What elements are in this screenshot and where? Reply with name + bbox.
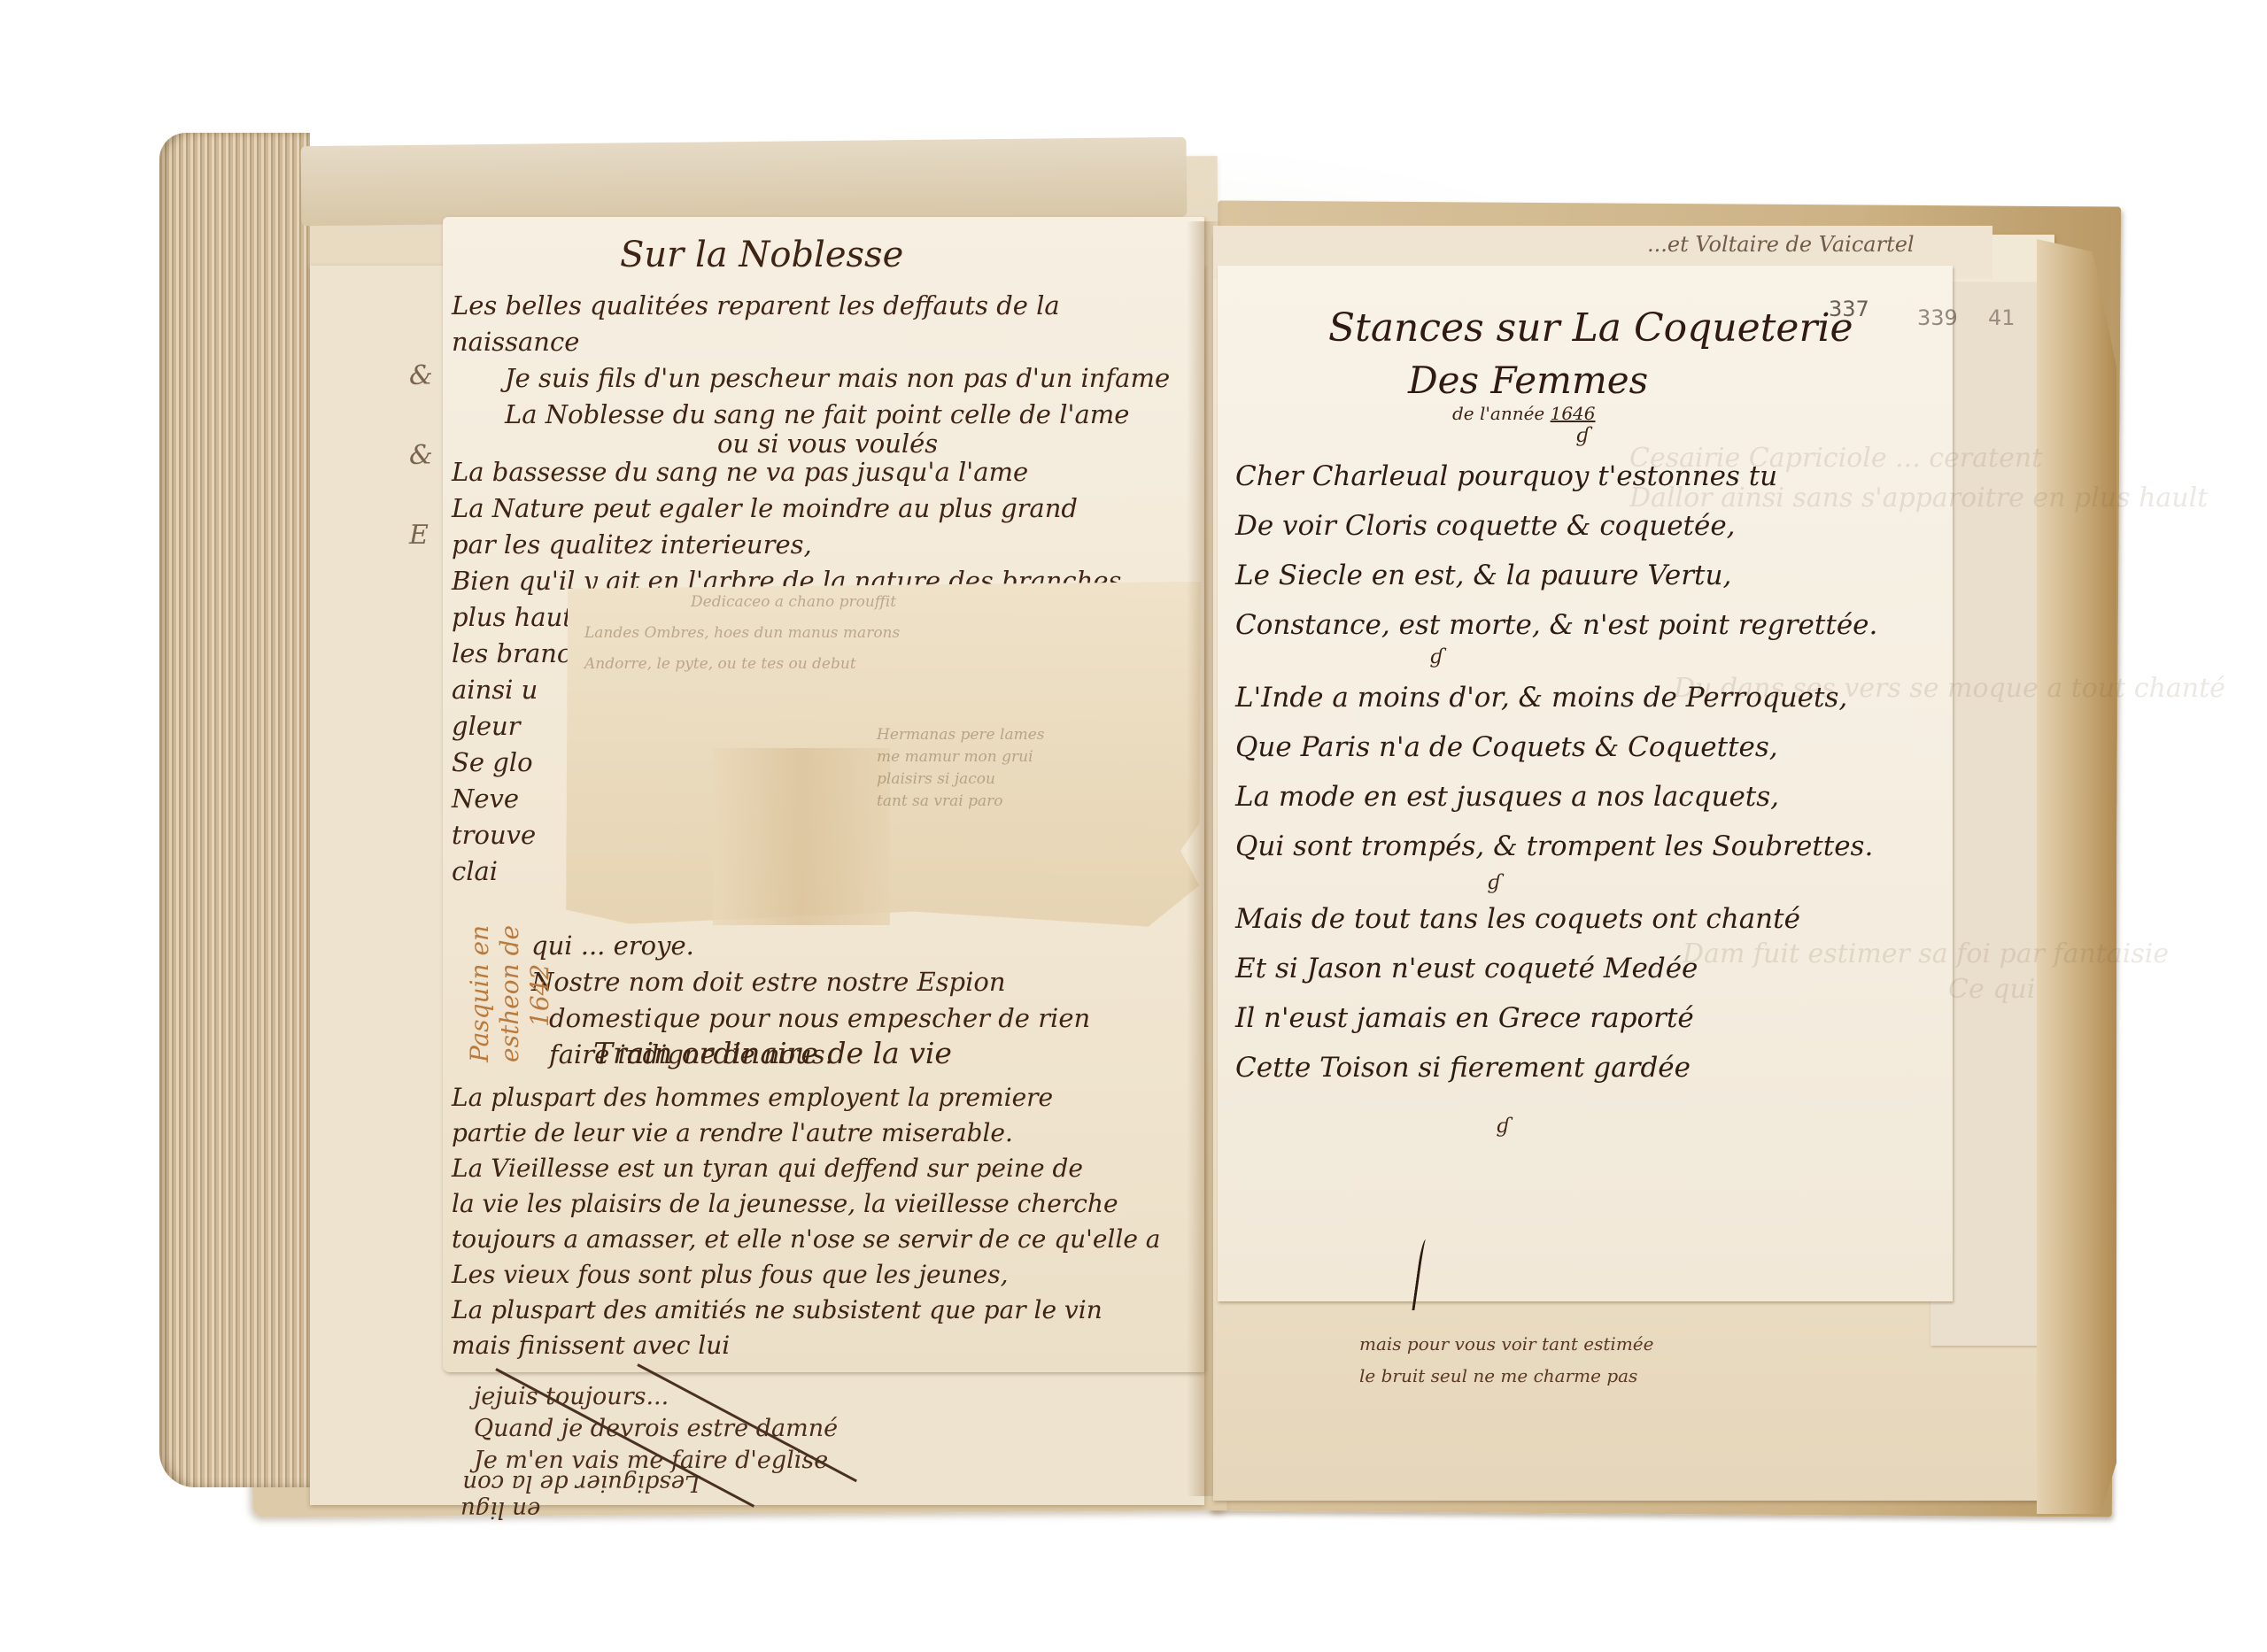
book-fore-edge bbox=[159, 133, 310, 1487]
show-through-text: Ce qui bbox=[1948, 974, 2035, 1005]
text-line: Lesdiguier de la con bbox=[460, 1470, 700, 1496]
verse-line: Le Siecle en est, & la pauure Vertu, bbox=[1235, 551, 1908, 600]
left-page-subtitle: Train ordinaire de la vie bbox=[593, 1036, 952, 1070]
underlying-sheet-note: mais pour vous voir tant estimée le brui… bbox=[1359, 1328, 1653, 1392]
text-line: mais finissent avec lui bbox=[452, 1328, 1187, 1363]
stanza-3: Mais de tout tans les coquets ont chanté… bbox=[1235, 894, 1908, 1092]
text-line: partie de leur vie a rendre l'autre mise… bbox=[452, 1115, 1187, 1151]
text-line: La Nature peut egaler le moindre au plus… bbox=[452, 490, 1187, 527]
text-line: naissance bbox=[452, 324, 1187, 360]
slip-faint-line: plaisirs si jacou bbox=[877, 770, 995, 788]
ornament-icon: ɠ bbox=[1497, 1115, 1510, 1138]
text-line: par les qualitez interieures, bbox=[452, 527, 1187, 563]
text-line: La Noblesse du sang ne fait point celle … bbox=[452, 397, 1187, 433]
text-line: toujours a amasser, et elle n'ose se ser… bbox=[452, 1222, 1187, 1257]
left-page-maxims: La pluspart des hommes employent la prem… bbox=[452, 1080, 1187, 1363]
stanza-1: Cher Charleual pourquoy t'estonnes tu De… bbox=[1235, 452, 1908, 650]
text-line: la vie les plaisirs de la jeunesse, la v… bbox=[452, 1186, 1187, 1222]
poem-dateline: de l'année 1646 bbox=[1452, 403, 1596, 424]
left-edge-letters: & & E bbox=[409, 336, 433, 575]
ornament-icon: ɠ bbox=[1576, 425, 1590, 447]
top-strip-text: ...et Voltaire de Vaicartel bbox=[1647, 232, 1915, 257]
verse-line: De voir Cloris coquette & coquetée, bbox=[1235, 501, 1908, 551]
text-line: le bruit seul ne me charme pas bbox=[1359, 1360, 1653, 1392]
ornament-icon: ɠ bbox=[1430, 646, 1443, 668]
edge-letter: E bbox=[409, 496, 433, 575]
text-line: mais pour vous voir tant estimée bbox=[1359, 1328, 1653, 1360]
slip-faint-line: Dedicaceo a chano prouffit bbox=[691, 593, 896, 611]
text-line: ou si vous voulés bbox=[452, 433, 1187, 454]
left-page-title: Sur la Noblesse bbox=[620, 235, 903, 275]
verse-line: Constance, est morte, & n'est point regr… bbox=[1235, 600, 1908, 650]
text-line: La bassesse du sang ne va pas jusqu'a l'… bbox=[452, 454, 1187, 490]
pasted-slip-fold bbox=[713, 748, 890, 925]
verse-line: Il n'eust jamais en Grece raporté bbox=[1235, 993, 1908, 1043]
text-line: La pluspart des hommes employent la prem… bbox=[452, 1080, 1187, 1115]
edge-letter: & bbox=[409, 336, 433, 416]
text-line: Les belles qualitées reparent les deffau… bbox=[452, 288, 1187, 324]
stanza-2: L'Inde a moins d'or, & moins de Perroque… bbox=[1235, 673, 1908, 871]
slip-faint-line: Andorre, le pyte, ou te tes ou debut bbox=[584, 655, 856, 673]
slip-faint-line: me mamur mon grui bbox=[877, 748, 1033, 766]
verse-line: Que Paris n'a de Coquets & Coquettes, bbox=[1235, 722, 1908, 772]
text-line: Je suis fils d'un pescheur mais non pas … bbox=[452, 360, 1187, 397]
poem-title-line2: Des Femmes bbox=[1408, 359, 1648, 402]
verse-line: Cher Charleual pourquoy t'estonnes tu bbox=[1235, 452, 1908, 501]
right-cover-edge bbox=[2037, 239, 2116, 1514]
verse-line: Qui sont trompés, & trompent les Soubret… bbox=[1235, 822, 1908, 871]
slip-faint-line: tant sa vrai paro bbox=[877, 792, 1003, 810]
text-line: Les vieux fous sont plus fous que les je… bbox=[452, 1257, 1187, 1293]
dateline-prefix: de l'année bbox=[1452, 403, 1544, 424]
page-number: 41 bbox=[1988, 305, 2016, 330]
verse-line: Et si Jason n'eust coqueté Medée bbox=[1235, 944, 1908, 993]
upside-down-text: en ligu Lesdiguier de la con bbox=[460, 1470, 700, 1523]
verse-line: Cette Toison si fierement gardée bbox=[1235, 1043, 1908, 1092]
text-line: domestique pour nous empescher de rien bbox=[531, 1000, 1187, 1037]
slip-faint-line: Landes Ombres, hoes dun manus marons bbox=[584, 624, 900, 642]
dateline-year: 1646 bbox=[1551, 403, 1596, 424]
margin-note-line: 1642 bbox=[525, 964, 555, 1027]
text-line: en ligu bbox=[460, 1496, 700, 1523]
margin-note-line: Pasquin en bbox=[465, 925, 495, 1062]
ornament-icon: ɠ bbox=[1488, 872, 1501, 894]
verse-line: Mais de tout tans les coquets ont chanté bbox=[1235, 894, 1908, 944]
text-line: La Vieillesse est un tyran qui deffend s… bbox=[452, 1151, 1187, 1186]
text-line: La pluspart des amitiés ne subsistent qu… bbox=[452, 1293, 1187, 1328]
text-line: qui ... eroye. bbox=[531, 928, 1187, 964]
edge-letter: & bbox=[409, 416, 433, 496]
left-folded-sheets bbox=[301, 137, 1188, 226]
verse-line: La mode en est jusques a nos lacquets, bbox=[1235, 772, 1908, 822]
slip-faint-line: Hermanas pere lames bbox=[877, 726, 1045, 744]
verse-line: L'Inde a moins d'or, & moins de Perroque… bbox=[1235, 673, 1908, 722]
text-line: Nostre nom doit estre nostre Espion bbox=[531, 964, 1187, 1000]
margin-note-line: estheon de bbox=[495, 925, 525, 1062]
underlying-sheet-text: jejuis toujours... Quand je devrois estr… bbox=[474, 1381, 838, 1477]
poem-title: Stances sur La Coqueterie bbox=[1328, 305, 1853, 351]
page-number: 339 bbox=[1917, 305, 1958, 330]
